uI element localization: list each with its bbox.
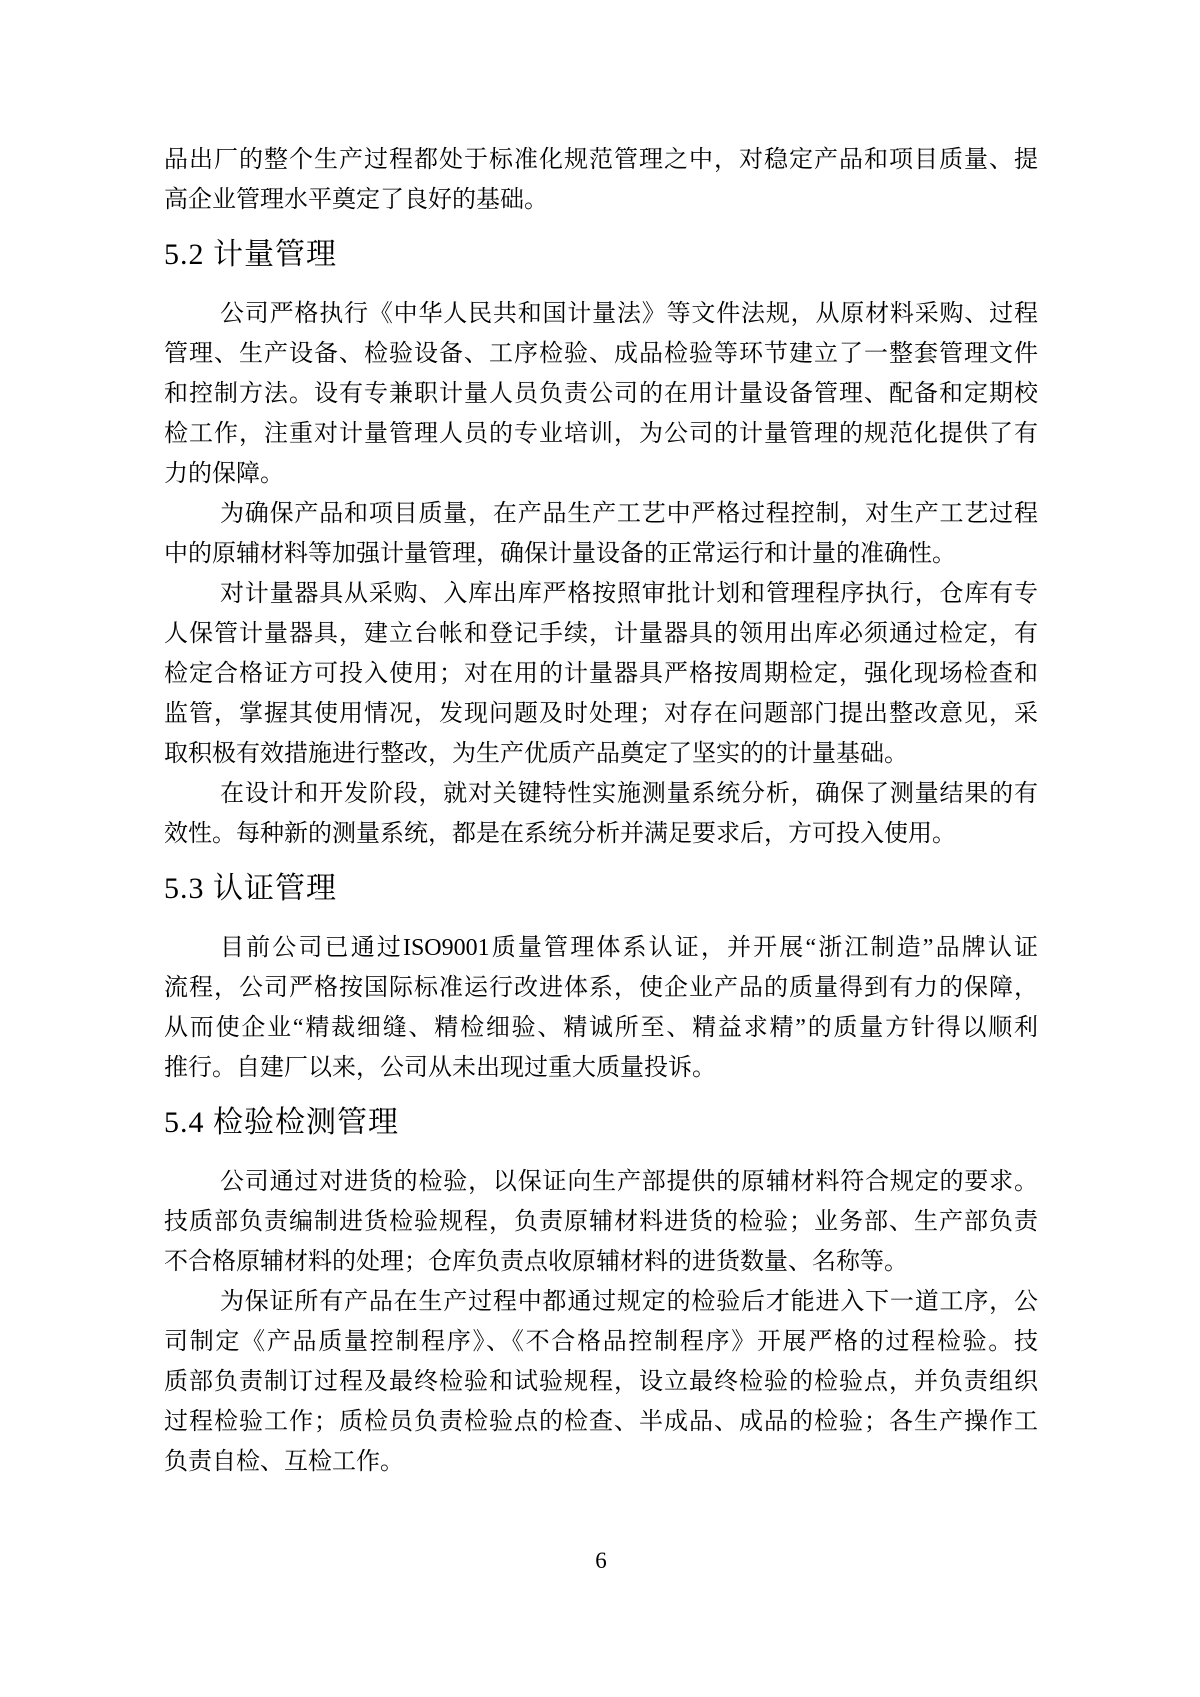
document-content: 品出厂的整个生产过程都处于标准化规范管理之中，对稳定产品和项目质量、提高企业管理… bbox=[164, 140, 1038, 1482]
text-line: 监管，掌握其使用情况，发现问题及时处理；对存在问题部门提出整改意见，采 bbox=[164, 694, 1038, 734]
page-number: 6 bbox=[595, 1548, 607, 1573]
text-line: 品出厂的整个生产过程都处于标准化规范管理之中，对稳定产品和项目质量、提 bbox=[164, 140, 1038, 180]
text-line: 检定合格证方可投入使用；对在用的计量器具严格按周期检定，强化现场检查和 bbox=[164, 654, 1038, 694]
text-line: 检工作，注重对计量管理人员的专业培训，为公司的计量管理的规范化提供了有 bbox=[164, 414, 1038, 454]
text-line: 质部负责制订过程及最终检验和试验规程，设立最终检验的检验点，并负责组织 bbox=[164, 1362, 1038, 1402]
text-line: 推行。自建厂以来，公司从未出现过重大质量投诉。 bbox=[164, 1048, 1038, 1088]
text-line: 取积极有效措施进行整改，为生产优质产品奠定了坚实的的计量基础。 bbox=[164, 734, 1038, 774]
body-paragraph: 对计量器具从采购、入库出库严格按照审批计划和管理程序执行，仓库有专人保管计量器具… bbox=[164, 574, 1038, 774]
text-line: 目前公司已通过ISO9001质量管理体系认证，并开展“浙江制造”品牌认证 bbox=[164, 928, 1038, 968]
text-line: 司制定《产品质量控制程序》、《不合格品控制程序》开展严格的过程检验。技 bbox=[164, 1322, 1038, 1362]
text-line: 为保证所有产品在生产过程中都通过规定的检验后才能进入下一道工序，公 bbox=[164, 1282, 1038, 1322]
body-paragraph: 品出厂的整个生产过程都处于标准化规范管理之中，对稳定产品和项目质量、提高企业管理… bbox=[164, 140, 1038, 220]
text-line: 技质部负责编制进货检验规程，负责原辅材料进货的检验；业务部、生产部负责 bbox=[164, 1202, 1038, 1242]
text-line: 和控制方法。设有专兼职计量人员负责公司的在用计量设备管理、配备和定期校 bbox=[164, 374, 1038, 414]
text-line: 效性。每种新的测量系统，都是在系统分析并满足要求后，方可投入使用。 bbox=[164, 814, 1038, 854]
section-heading: 5.3 认证管理 bbox=[164, 866, 1038, 912]
body-paragraph: 公司严格执行《中华人民共和国计量法》等文件法规，从原材料采购、过程管理、生产设备… bbox=[164, 294, 1038, 494]
body-paragraph: 在设计和开发阶段，就对关键特性实施测量系统分析，确保了测量结果的有效性。每种新的… bbox=[164, 774, 1038, 854]
section-heading: 5.2 计量管理 bbox=[164, 232, 1038, 278]
document-page: 品出厂的整个生产过程都处于标准化规范管理之中，对稳定产品和项目质量、提高企业管理… bbox=[0, 0, 1200, 1697]
text-line: 人保管计量器具，建立台帐和登记手续，计量器具的领用出库必须通过检定，有 bbox=[164, 614, 1038, 654]
body-paragraph: 公司通过对进货的检验，以保证向生产部提供的原辅材料符合规定的要求。技质部负责编制… bbox=[164, 1162, 1038, 1282]
text-line: 公司通过对进货的检验，以保证向生产部提供的原辅材料符合规定的要求。 bbox=[164, 1162, 1038, 1202]
page-footer: 6 bbox=[164, 1546, 1038, 1576]
body-paragraph: 为确保产品和项目质量，在产品生产工艺中严格过程控制，对生产工艺过程中的原辅材料等… bbox=[164, 494, 1038, 574]
text-line: 管理、生产设备、检验设备、工序检验、成品检验等环节建立了一整套管理文件 bbox=[164, 334, 1038, 374]
text-line: 中的原辅材料等加强计量管理，确保计量设备的正常运行和计量的准确性。 bbox=[164, 534, 1038, 574]
text-line: 过程检验工作；质检员负责检验点的检查、半成品、成品的检验；各生产操作工 bbox=[164, 1402, 1038, 1442]
text-line: 不合格原辅材料的处理；仓库负责点收原辅材料的进货数量、名称等。 bbox=[164, 1242, 1038, 1282]
body-paragraph: 目前公司已通过ISO9001质量管理体系认证，并开展“浙江制造”品牌认证流程，公… bbox=[164, 928, 1038, 1088]
text-line: 在设计和开发阶段，就对关键特性实施测量系统分析，确保了测量结果的有 bbox=[164, 774, 1038, 814]
body-paragraph: 为保证所有产品在生产过程中都通过规定的检验后才能进入下一道工序，公司制定《产品质… bbox=[164, 1282, 1038, 1482]
text-line: 公司严格执行《中华人民共和国计量法》等文件法规，从原材料采购、过程 bbox=[164, 294, 1038, 334]
text-line: 从而使企业“精裁细缝、精检细验、精诚所至、精益求精”的质量方针得以顺利 bbox=[164, 1008, 1038, 1048]
text-line: 高企业管理水平奠定了良好的基础。 bbox=[164, 180, 1038, 220]
text-line: 力的保障。 bbox=[164, 454, 1038, 494]
text-line: 为确保产品和项目质量，在产品生产工艺中严格过程控制，对生产工艺过程 bbox=[164, 494, 1038, 534]
text-line: 对计量器具从采购、入库出库严格按照审批计划和管理程序执行，仓库有专 bbox=[164, 574, 1038, 614]
section-heading: 5.4 检验检测管理 bbox=[164, 1100, 1038, 1146]
text-line: 负责自检、互检工作。 bbox=[164, 1442, 1038, 1482]
text-line: 流程，公司严格按国际标准运行改进体系，使企业产品的质量得到有力的保障， bbox=[164, 968, 1038, 1008]
